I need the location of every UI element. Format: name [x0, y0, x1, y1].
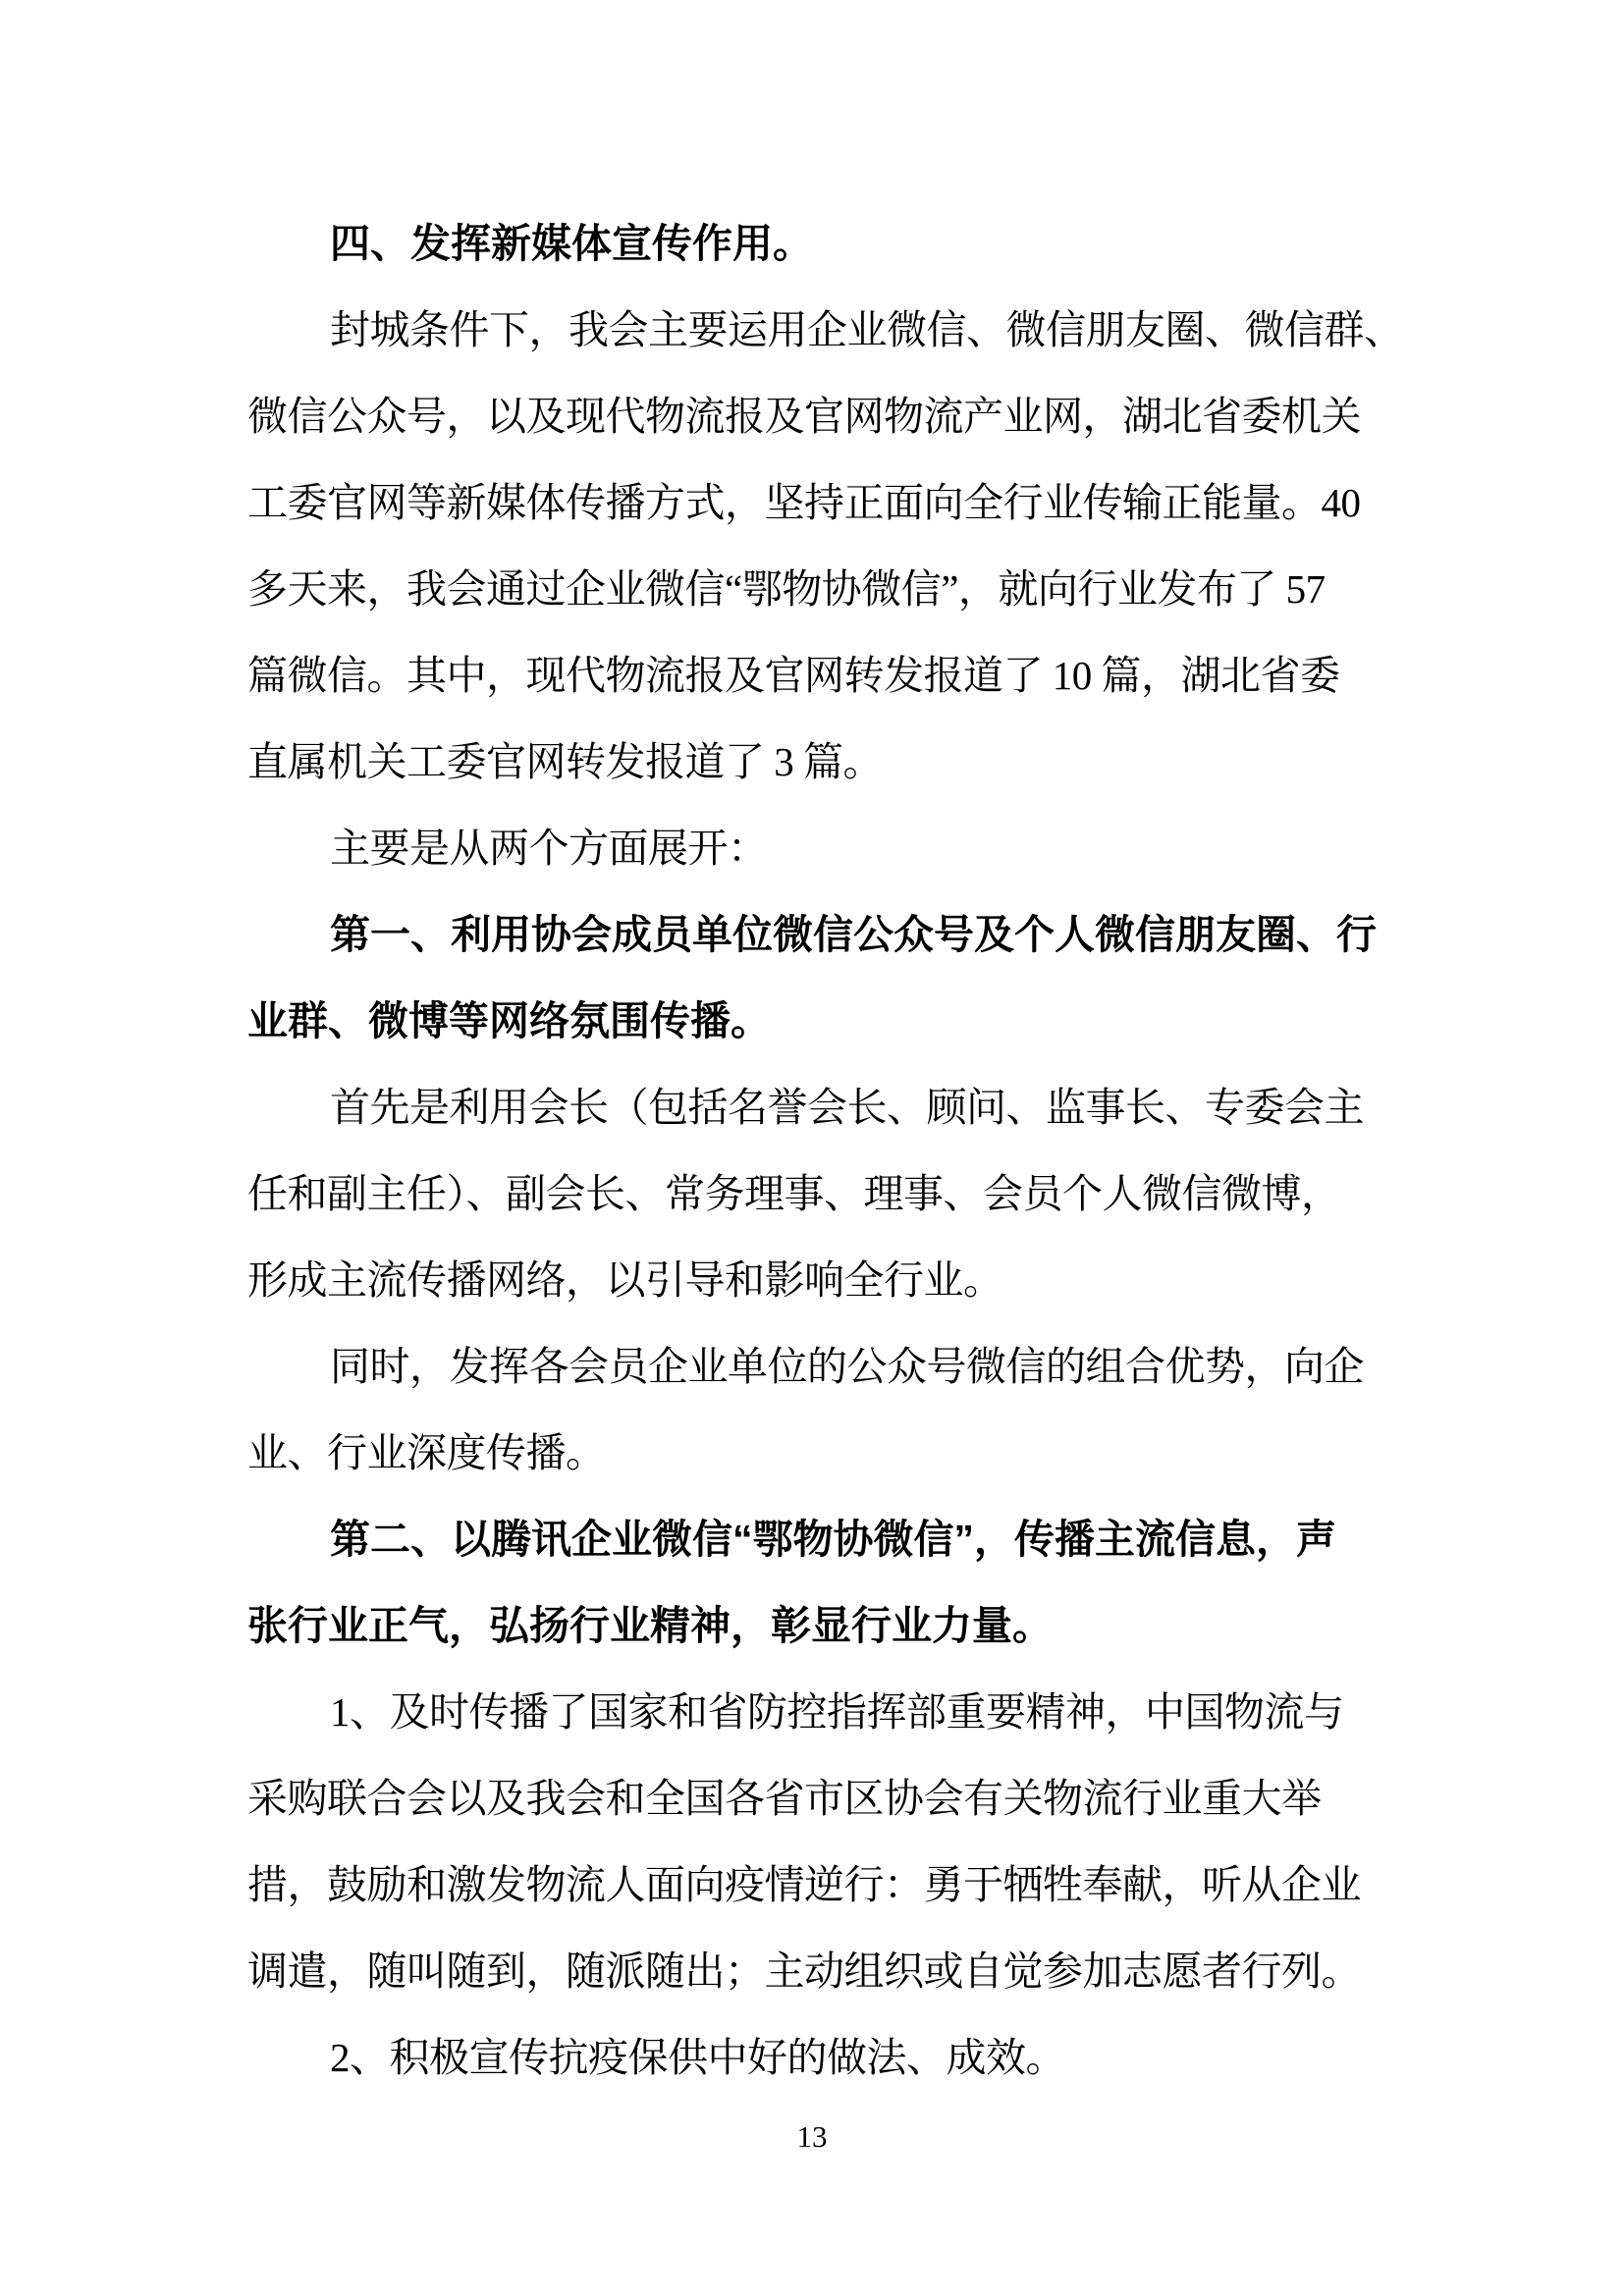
heading-line: 第二、以腾讯企业微信“鄂物协微信”，传播主流信息，声 [247, 1496, 1379, 1582]
text-line: 多天来，我会通过企业微信“鄂物协微信”，就向行业发布了 57 [247, 546, 1379, 632]
document-page: 四、发挥新媒体宣传作用。封城条件下，我会主要运用企业微信、微信朋友圈、微信群、微… [0, 0, 1624, 2296]
text-line: 形成主流传播网络，以引导和影响全行业。 [247, 1237, 1379, 1323]
text-line: 业、行业深度传播。 [247, 1410, 1379, 1496]
text-line: 篇微信。其中，现代物流报及官网转发报道了 10 篇，湖北省委 [247, 632, 1379, 719]
document-content: 四、发挥新媒体宣传作用。封城条件下，我会主要运用企业微信、微信朋友圈、微信群、微… [247, 200, 1379, 2101]
text-line: 同时，发挥各会员企业单位的公众号微信的组合优势，向企 [247, 1323, 1379, 1410]
text-line: 封城条件下，我会主要运用企业微信、微信朋友圈、微信群、 [247, 287, 1379, 373]
page-footer: 13 [0, 2116, 1624, 2158]
text-line: 工委官网等新媒体传播方式，坚持正面向全行业传输正能量。40 [247, 459, 1379, 546]
text-line: 首先是利用会长（包括名誉会长、顾问、监事长、专委会主 [247, 1064, 1379, 1150]
page-number: 13 [797, 2119, 828, 2154]
text-line: 2、积极宣传抗疫保供中好的做法、成效。 [247, 2014, 1379, 2101]
text-line: 措，鼓励和激发物流人面向疫情逆行：勇于牺牲奉献，听从企业 [247, 1842, 1379, 1928]
heading-line: 四、发挥新媒体宣传作用。 [247, 200, 1379, 287]
heading-line: 第一、利用协会成员单位微信公众号及个人微信朋友圈、行 [247, 891, 1379, 978]
heading-line: 业群、微博等网络氛围传播。 [247, 978, 1379, 1064]
heading-line: 张行业正气，弘扬行业精神，彰显行业力量。 [247, 1582, 1379, 1669]
text-line: 采购联合会以及我会和全国各省市区协会有关物流行业重大举 [247, 1755, 1379, 1842]
text-line: 直属机关工委官网转发报道了 3 篇。 [247, 719, 1379, 805]
text-line: 任和副主任）、副会长、常务理事、理事、会员个人微信微博， [247, 1150, 1379, 1237]
text-line: 微信公众号，以及现代物流报及官网物流产业网，湖北省委机关 [247, 373, 1379, 459]
text-line: 主要是从两个方面展开： [247, 805, 1379, 891]
text-line: 1、及时传播了国家和省防控指挥部重要精神，中国物流与 [247, 1669, 1379, 1755]
text-line: 调遣，随叫随到，随派随出；主动组织或自觉参加志愿者行列。 [247, 1928, 1379, 2014]
